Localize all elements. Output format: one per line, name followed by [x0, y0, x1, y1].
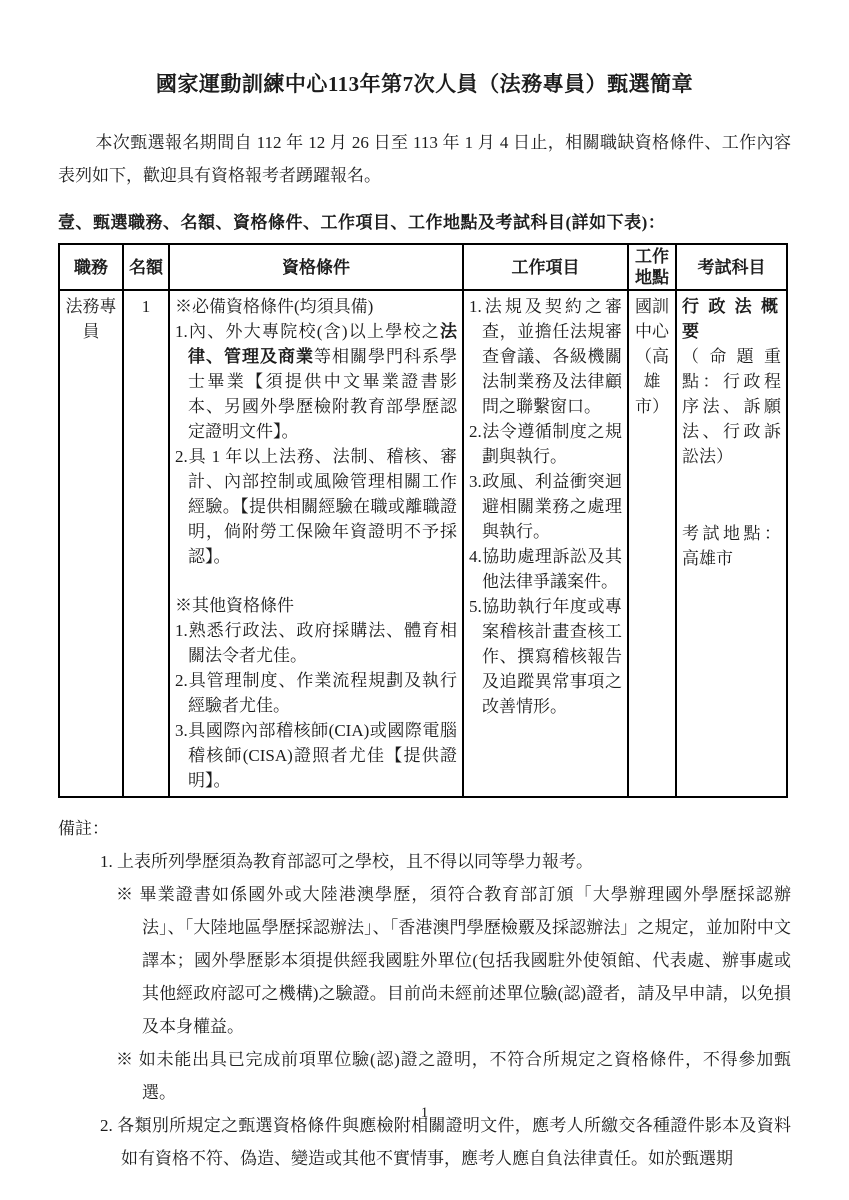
required-qualification-item: 2.具 1 年以上法務、法制、稽核、審計、內部控制或風險管理相關工作經驗。【提供…	[175, 444, 457, 569]
table-header-row: 職務 名額 資格條件 工作項目 工作地點 考試科目	[59, 244, 787, 290]
column-header-duties: 工作項目	[463, 244, 628, 290]
section1-heading: 壹、甄選職務、名額、資格條件、工作項目、工作地點及考試科目(詳如下表)：	[58, 208, 791, 233]
exam-location: 考試地點：高雄市	[682, 521, 781, 571]
remark-item-1: 1. 上表所列學歷須為教育部認可之學校，且不得以同等學力報考。	[100, 845, 791, 878]
column-header-position: 職務	[59, 244, 123, 290]
table-row: 法務專員 1 ※必備資格條件(均須具備) 1.內、外大專院校(含)以上學校之法律…	[59, 290, 787, 797]
column-header-qualifications: 資格條件	[169, 244, 463, 290]
column-header-exam: 考試科目	[676, 244, 787, 290]
other-qualifications-title: ※其他資格條件	[175, 593, 457, 618]
duty-item: 5.協助執行年度或專案稽核計畫查核工作、撰寫稽核報告及追蹤異常事項之改善情形。	[469, 594, 622, 719]
duties-cell: 1.法規及契約之審查，並擔任法規審查會議、各級機關法制業務及法律顧問之聯繫窗口。…	[463, 290, 628, 797]
required-qualification-item: 1.內、外大專院校(含)以上學校之法律、管理及商業等相關學門科系學士畢業【須提供…	[175, 319, 457, 444]
required-qualifications-title: ※必備資格條件(均須具備)	[175, 294, 457, 319]
other-qualification-item: 2.具管理制度、作業流程規劃及執行經驗者尤佳。	[175, 668, 457, 718]
column-header-location: 工作地點	[628, 244, 676, 290]
exam-subject: 行政法概要	[682, 294, 781, 344]
column-header-quota: 名額	[123, 244, 169, 290]
duty-item: 3.政風、利益衝突迴避相關業務之處理與執行。	[469, 469, 622, 544]
position-cell: 法務專員	[59, 290, 123, 797]
intro-paragraph: 本次甄選報名期間自 112 年 12 月 26 日至 113 年 1 月 4 日…	[58, 126, 791, 192]
other-qualification-item: 1.熟悉行政法、政府採購法、體育相關法令者尤佳。	[175, 618, 457, 668]
recruitment-table: 職務 名額 資格條件 工作項目 工作地點 考試科目 法務專員 1 ※必備資格條件…	[58, 243, 788, 798]
duty-item: 1.法規及契約之審查，並擔任法規審查會議、各級機關法制業務及法律顧問之聯繫窗口。	[469, 294, 622, 419]
qualifications-cell: ※必備資格條件(均須具備) 1.內、外大專院校(含)以上學校之法律、管理及商業等…	[169, 290, 463, 797]
location-cell: 國訓中心（高雄市）	[628, 290, 676, 797]
remarks-title: 備註：	[58, 812, 791, 845]
other-qualification-item: 3.具國際內部稽核師(CIA)或國際電腦稽核師(CISA)證照者尤佳【提供證明】…	[175, 718, 457, 793]
exam-cell: 行政法概要 （命題重點：行政程序法、訴願法、行政訴訟法） 考試地點：高雄市	[676, 290, 787, 797]
duty-item: 2.法令遵循制度之規劃與執行。	[469, 419, 622, 469]
duty-item: 4.協助處理訴訟及其他法律爭議案件。	[469, 544, 622, 594]
quota-cell: 1	[123, 290, 169, 797]
document-content: 國家運動訓練中心113年第7次人員（法務專員）甄選簡章 本次甄選報名期間自 11…	[0, 0, 849, 1175]
remark-note-1: ※ 畢業證書如係國外或大陸港澳學歷，須符合教育部訂頒「大學辦理國外學歷採認辦法」…	[116, 878, 791, 1043]
page-title: 國家運動訓練中心113年第7次人員（法務專員）甄選簡章	[58, 68, 791, 98]
remark-note-2: ※ 如未能出具已完成前項單位驗(認)證之證明，不符合所規定之資格條件，不得參加甄…	[116, 1043, 791, 1109]
document-page: 國家運動訓練中心113年第7次人員（法務專員）甄選簡章 本次甄選報名期間自 11…	[0, 0, 849, 1200]
exam-subject-note: （命題重點：行政程序法、訴願法、行政訴訟法）	[682, 344, 781, 469]
page-number: 1	[0, 1105, 849, 1122]
